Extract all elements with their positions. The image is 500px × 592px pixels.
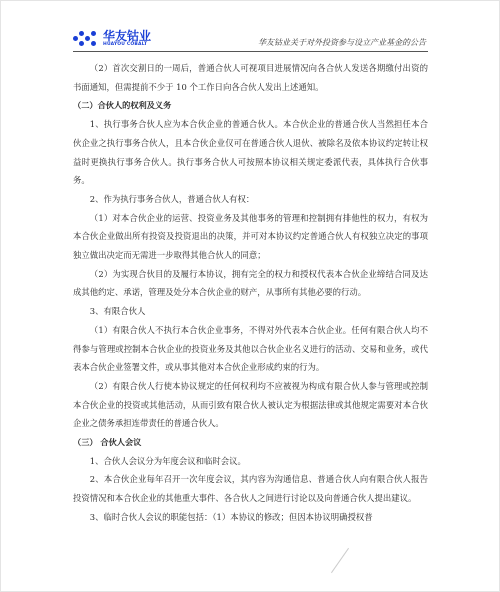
logo-english-name: HUAYOU COBALT [103, 43, 151, 48]
company-logo: 华友钴业 HUAYOU COBALT [73, 29, 151, 49]
announcement-title: 华友钴业关于对外投资参与设立产业基金的公告 [258, 37, 426, 48]
paragraph: （2）为实现合伙目的及履行本协议，拥有完全的权力和授权代表本合伙企业缔结合同及达… [73, 265, 428, 302]
section-heading: （三） 合伙人会议 [73, 433, 428, 452]
paragraph: （1）有限合伙人不执行本合伙企业事务，不得对外代表本合伙企业。任何有限合伙人均不… [73, 321, 428, 377]
page-header: 华友钴业 HUAYOU COBALT 华友钴业关于对外投资参与设立产业基金的公告 [73, 26, 428, 52]
logo-dots-icon [73, 30, 99, 48]
paragraph: 2、作为执行事务合伙人，普通合伙人有权： [73, 190, 428, 209]
document-body: （2）首次交割日的一周后，普通合伙人可视项目进展情况向各合伙人发送各期缴付出资的… [73, 59, 428, 527]
paragraph: 1、执行事务合伙人应为本合伙企业的普通合伙人。本合伙企业的普通合伙人当然担任本合… [73, 115, 428, 190]
section-heading: （二）合伙人的权利及义务 [73, 96, 428, 115]
logo-chinese-name: 华友钴业 [103, 30, 151, 42]
paragraph: 3、有限合伙人 [73, 302, 428, 321]
paragraph: （1）对本合伙企业的运营、投资业务及其他事务的管理和控制拥有排他性的权力，有权为… [73, 209, 428, 265]
paragraph: （2）有限合伙人行使本协议规定的任何权利均不应被视为构成有限合伙人参与管理或控制… [73, 377, 428, 433]
paragraph: 2、本合伙企业每年召开一次年度会议，其内容为沟通信息、普通合伙人向有限合伙人报告… [73, 470, 428, 507]
paragraph: 3、临时合伙人会议的职能包括：（1）本协议的修改；但因本协议明确授权普 [73, 508, 428, 527]
paragraph: 1、合伙人会议分为年度会议和临时会议。 [73, 452, 428, 471]
paragraph: （2）首次交割日的一周后，普通合伙人可视项目进展情况向各合伙人发送各期缴付出资的… [73, 59, 428, 96]
